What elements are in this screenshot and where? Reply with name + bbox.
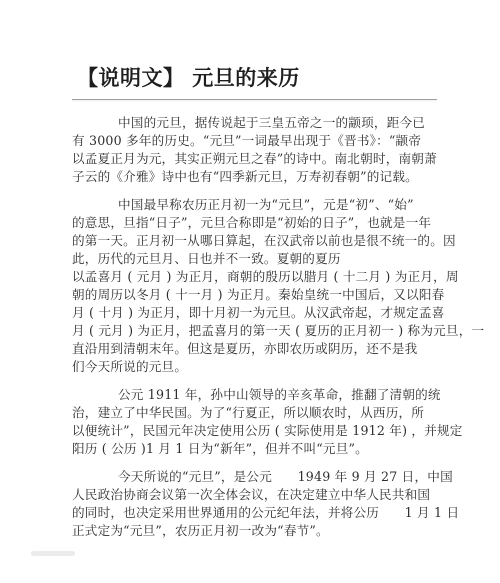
text-line: 的意思，旦指“日子”，元旦合称即是“初始的日子”，也就是一年 xyxy=(72,214,462,232)
text-line: 治，建立了中华民国。为了“行夏正，所以顺农时，从西历，所 xyxy=(72,404,462,422)
text-line: 月 ( 元月 ) 为正月，把孟喜月的第一天 ( 夏历的正月初一 ) 称为元旦，一 xyxy=(72,322,462,340)
paragraph-1: 中国的元旦，据传说起于三皇五帝之一的颛顼，距今已有 3000 多年的历史。“元旦… xyxy=(72,114,462,186)
paragraph-2: 中国最早称农历正月初一为“元旦”，元是“初”、“始”的意思，旦指“日子”，元旦合… xyxy=(72,196,462,376)
text-line: 直沿用到清朝末年。但这是夏历，亦即农历或阴历，还不是我 xyxy=(72,340,462,358)
document-page: 【说明文】 元旦的来历 中国的元旦，据传说起于三皇五帝之一的颛顼，距今已有 30… xyxy=(0,0,500,583)
text-line: 正式定为“元旦”，农历正月初一改为“春节”。 xyxy=(72,522,462,540)
text-line: 的同时，也决定采用世界通用的公元纪年法，并将公历 1 月 1 日 xyxy=(72,504,462,522)
text-line: 以孟夏正月为元，其实正朔元旦之春”的诗中。南北朝时，南朝萧 xyxy=(72,150,462,168)
text-line: 子云的《介雅》诗中也有“四季新元旦，万寿初春朝”的记载。 xyxy=(72,168,462,186)
paragraph-3: 公元 1911 年，孙中山领导的辛亥革命，推翻了清朝的统治，建立了中华民国。为了… xyxy=(72,386,462,458)
text-line: 阳历 ( 公历 )1 月 1 日为“新年”，但并不叫“元旦”。 xyxy=(72,440,462,458)
text-line: 此，历代的元旦月、日也并不一致。夏朝的夏历 xyxy=(72,250,462,268)
title-divider xyxy=(72,99,437,100)
paragraph-4: 今天所说的“元旦”，是公元 1949 年 9 月 27 日，中国人民政治协商会议… xyxy=(72,468,462,540)
document-title: 【说明文】 元旦的来历 xyxy=(77,62,300,92)
text-line: 公元 1911 年，孙中山领导的辛亥革命，推翻了清朝的统 xyxy=(72,386,462,404)
text-line: 月 ( 十月 ) 为正月，即十月初一为元旦。从汉武帝起，才规定孟喜 xyxy=(72,304,462,322)
text-line: 中国的元旦，据传说起于三皇五帝之一的颛顼，距今已 xyxy=(72,114,462,132)
text-line: 中国最早称农历正月初一为“元旦”，元是“初”、“始” xyxy=(72,196,462,214)
text-line: 以孟喜月 ( 元月 ) 为正月，商朝的殷历以腊月 ( 十二月 ) 为正月，周 xyxy=(72,268,462,286)
scan-smudge-artifact xyxy=(31,551,75,556)
text-line: 今天所说的“元旦”，是公元 1949 年 9 月 27 日，中国 xyxy=(72,468,462,486)
text-line: 朝的周历以冬月 ( 十一月 ) 为正月。秦始皇统一中国后，又以阳春 xyxy=(72,286,462,304)
text-line: 以便统计”，民国元年决定使用公历 ( 实际使用是 1912 年) ，并规定 xyxy=(72,422,462,440)
text-line: 们今天所说的元旦。 xyxy=(72,358,462,376)
document-body: 中国的元旦，据传说起于三皇五帝之一的颛顼，距今已有 3000 多年的历史。“元旦… xyxy=(72,114,462,550)
text-line: 的第一天。正月初一从哪日算起，在汉武帝以前也是很不统一的。因 xyxy=(72,232,462,250)
text-line: 有 3000 多年的历史。“元旦”一词最早出现于《晋书》：“颛帝 xyxy=(72,132,462,150)
text-line: 人民政治协商会议第一次全体会议，在决定建立中华人民共和国 xyxy=(72,486,462,504)
